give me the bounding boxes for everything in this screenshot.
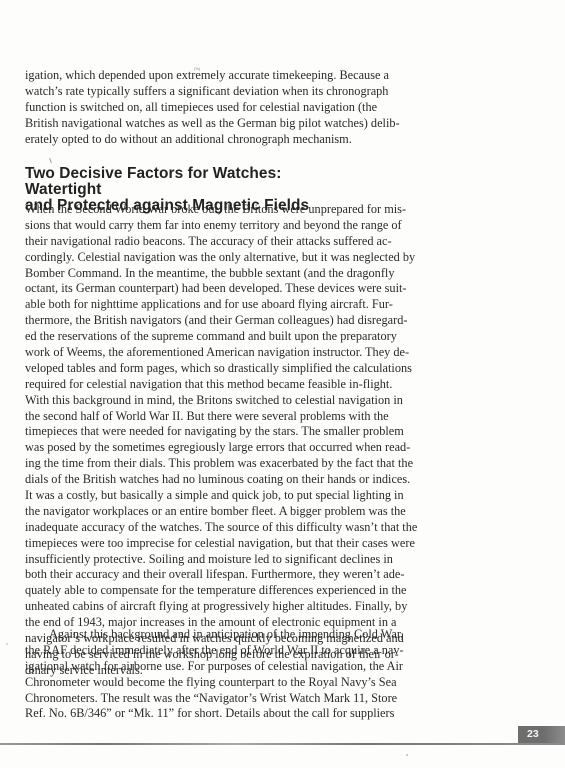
text-line: the RAF decided immediately after the en… [25, 643, 345, 659]
text-line: cordingly. Celestial navigation was the … [25, 250, 345, 266]
text-line: able both for nighttime applications and… [25, 297, 345, 313]
footer-rule [0, 743, 517, 745]
text-line: work of Weems, the aforementioned Americ… [25, 345, 345, 361]
scan-artifact [6, 643, 8, 645]
text-line: dials of the British watches had no lumi… [25, 472, 345, 488]
text-line: the navigator workplaces or an entire bo… [25, 504, 345, 520]
text-line: inadequate accuracy of the watches. The … [25, 520, 345, 536]
text-line: erately opted to do without an additiona… [25, 132, 345, 148]
text-line: timepieces were too imprecise for celest… [25, 536, 345, 552]
text-line: Chronometer would become the flying coun… [25, 675, 345, 691]
text-line: sions that would carry them far into ene… [25, 218, 345, 234]
text-line: thermore, the British navigators (and th… [25, 313, 345, 329]
text-line: Chronometers. The result was the “Naviga… [25, 691, 345, 707]
text-line: When the Second World War broke out, the… [25, 202, 345, 218]
paragraph-body: When the Second World War broke out, the… [25, 202, 345, 679]
text-line: watch’s rate typically suffers a signifi… [25, 84, 345, 100]
text-line: British navigational watches as well as … [25, 116, 345, 132]
text-line: Against this background and in anticipat… [25, 627, 345, 643]
text-line: igational watch for airborne use. For pu… [25, 659, 345, 675]
text-line: required for celestial navigation that t… [25, 377, 345, 393]
scan-artifact [406, 754, 408, 756]
heading-line: Two Decisive Factors for Watches: Watert… [25, 166, 345, 198]
text-line: function is switched on, all timepieces … [25, 100, 345, 116]
text-line: timepieces that were needed for navigati… [25, 424, 345, 440]
text-line: Ref. No. 6B/346” or “Mk. 11” for short. … [25, 706, 345, 722]
text-line: ing the time from their dials. This prob… [25, 456, 345, 472]
book-page: (%) igation, which depended upon extreme… [0, 0, 565, 768]
text-line: octant, its German counterpart) had been… [25, 281, 345, 297]
page-number-box: 23 [518, 726, 565, 743]
text-line: Bomber Command. In the meantime, the bub… [25, 266, 345, 282]
text-line: It was a costly, but basically a simple … [25, 488, 345, 504]
text-line: With this background in mind, the Briton… [25, 393, 345, 409]
scan-artifact [49, 158, 52, 163]
footer-rule [517, 743, 565, 745]
text-line: quately able to compensate for the tempe… [25, 583, 345, 599]
text-line: igation, which depended upon extremely a… [25, 68, 345, 84]
page-number: 23 [527, 728, 539, 740]
text-line: unheated cabins of aircraft flying at pr… [25, 599, 345, 615]
paragraph-continued: igation, which depended upon extremely a… [25, 68, 345, 147]
text-line: ed the reservations of the supreme comma… [25, 329, 345, 345]
text-line: their navigational radio beacons. The ac… [25, 234, 345, 250]
text-line: the second half of World War II. But the… [25, 409, 345, 425]
text-line: both their accuracy and their overall li… [25, 567, 345, 583]
paragraph-body: Against this background and in anticipat… [25, 627, 345, 722]
text-line: insufficiently protective. Soiling and m… [25, 552, 345, 568]
text-line: veloped tables and form pages, which so … [25, 361, 345, 377]
text-line: was posed by the sometimes egregiously l… [25, 440, 345, 456]
